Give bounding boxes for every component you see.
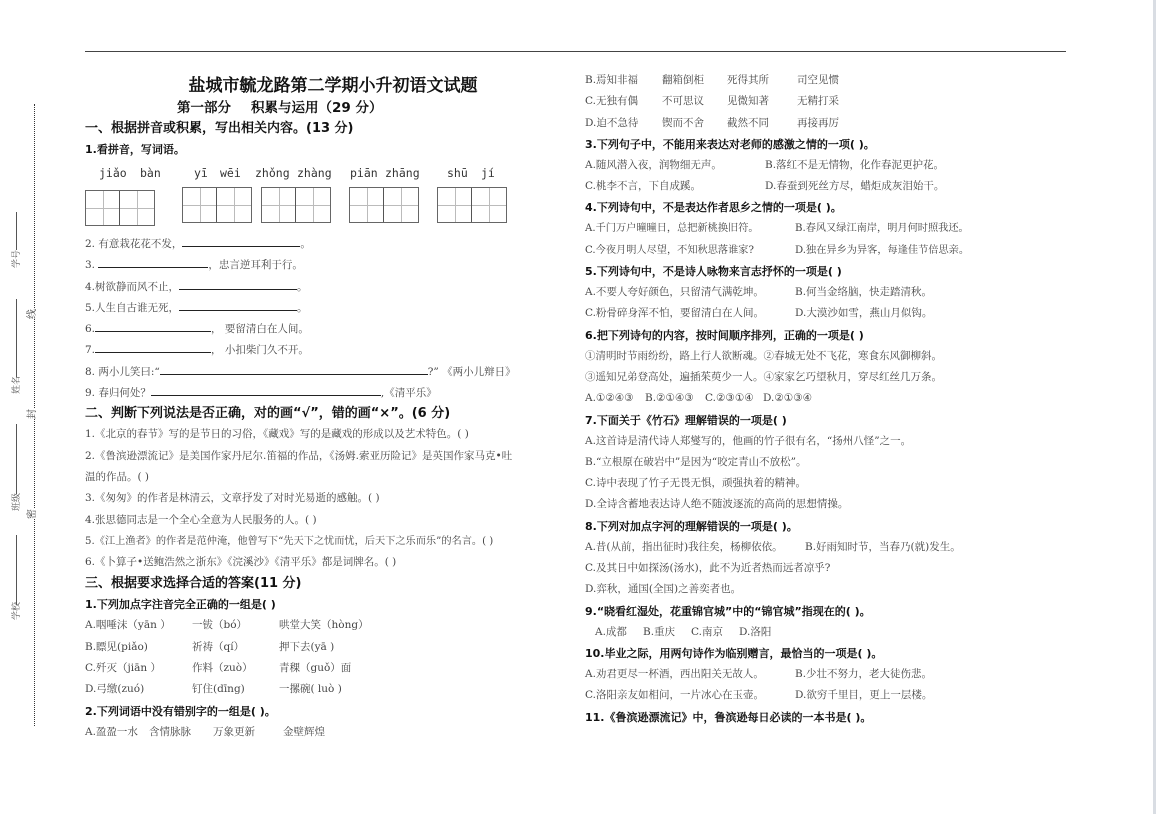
judge-item: 4.张思德同志是一个全心全意为人民服务的人。( ) [85, 510, 575, 531]
option: A.这首诗是清代诗人郑燮写的，他画的竹子很有名，“扬州八怪”之一。 [585, 431, 1005, 452]
s1-q1-label: 1.看拼音，写词语。 [85, 139, 575, 160]
class-line [16, 424, 17, 494]
pinyin: zhàng [297, 166, 332, 180]
judge-item: 3.《匆匆》的作者是林清云，文章抒发了对时光易逝的感触。( ) [85, 488, 575, 509]
pinyin: zhāng [385, 166, 420, 180]
option-row: B.瞟见(piǎo)祈祷（qí）押下去(yā ) [85, 637, 575, 658]
fill-line: 7.， 小扣柴门久不开。 [85, 339, 575, 360]
pinyin: piān [350, 166, 378, 180]
s3-q10-stem: 10.毕业之际，用两句诗作为临别赠言，最恰当的一项是( )。 [585, 643, 1005, 664]
fill-line: 5.人生自古谁无死，。 [85, 297, 575, 318]
answer-blank[interactable] [98, 254, 208, 268]
option-row: D.迫不急待锲而不舍截然不同再接再厉 [585, 113, 1005, 134]
part-heading: 第一部分积累与运用（29 分） [85, 98, 575, 118]
fill-in-list: 2. 有意栽花花不发，。 3. ，忠言逆耳利于行。 4.树欲静而风不止，。 5.… [85, 233, 575, 403]
judge-item: 1.《北京的春节》写的是节日的习俗，《藏戏》写的是藏戏的形成以及艺术特色。( ) [85, 424, 575, 445]
writing-grid[interactable] [437, 187, 507, 223]
seal-mark-line: 线 [27, 309, 39, 319]
right-column: B.焉知非福翻箱倒柜死得其所司空见惯 C.无独有偶不可思议见微知著无精打采 D.… [585, 70, 1005, 728]
name-label: 姓名 [12, 376, 22, 394]
section1-heading: 一、根据拼音或积累，写出相关内容。(13 分) [85, 118, 575, 139]
student-id-label: 学号 [12, 250, 22, 268]
option: B.“立根原在破岩中”是因为“咬定青山不放松”。 [585, 452, 1005, 473]
answer-blank[interactable] [95, 339, 211, 353]
writing-grid[interactable] [349, 187, 419, 223]
pinyin: shū [447, 166, 468, 180]
option-row: C.桃李不言，下自成蹊。D.春蚕到死丝方尽，蜡炬成灰泪始干。 [585, 176, 1005, 197]
pinyin: yī [194, 166, 208, 180]
judge-item: 温的作品。( ) [85, 467, 575, 488]
option-row: C.今夜月明人尽望，不知秋思落谁家?D.独在异乡为异客，每逢佳节倍思亲。 [585, 240, 1005, 261]
exam-title: 盐城市毓龙路第二学期小升初语文试题 [133, 74, 533, 98]
part-name: 积累与运用（29 分） [251, 100, 383, 116]
writing-grid[interactable] [85, 190, 155, 226]
writing-grid[interactable] [182, 187, 252, 223]
judge-item: 5.《江上渔者》的作者是范仲淹，他曾写下“先天下之忧而忧，后天下之乐而乐”的名言… [85, 531, 575, 552]
option-row: A.随风潜入夜，润物细无声。B.落红不是无情物，化作春泥更护花。 [585, 155, 1005, 176]
s3-q6-stem: 6.把下列诗句的内容，按时间顺序排列，正确的一项是( ) [585, 325, 1005, 346]
answer-blank[interactable] [179, 276, 297, 290]
section3-heading: 三、根据要求选择合适的答案(11 分) [85, 573, 575, 594]
seal-mark-feng: 封 [27, 409, 39, 419]
option: C.及其日中如探汤(汤水)，此不为近者热而远者凉乎? [585, 558, 1005, 579]
header-rule [85, 51, 1066, 52]
option-row: A.千门万户曈曈日，总把新桃换旧符。B.春风又绿江南岸，明月何时照我还。 [585, 218, 1005, 239]
pinyin: wēi [220, 166, 241, 180]
section2-heading: 二、判断下列说法是否正确，对的画“√”，错的画“×”。(6 分) [85, 403, 575, 424]
answer-blank[interactable] [160, 361, 428, 375]
option-row: C.歼灭（jiān ）作料（zuò）青稞（guǒ）面 [85, 658, 575, 679]
answer-blank[interactable] [179, 297, 297, 311]
option-row: A.盈盈一水含情脉脉万象更新金壁辉煌 [85, 722, 575, 743]
fill-line: 3. ，忠言逆耳利于行。 [85, 254, 575, 275]
answer-blank[interactable] [182, 233, 300, 247]
answer-blank[interactable] [151, 382, 381, 396]
s3-q1-stem: 1.下列加点字注音完全正确的一组是( ) [85, 594, 575, 615]
s3-q5-stem: 5.下列诗句中，不是诗人咏物来言志抒怀的一项是( ) [585, 261, 1005, 282]
part-label: 第一部分 [177, 100, 231, 116]
judge-item: 6.《卜算子•送鲍浩然之浙东》《浣溪沙》《清平乐》都是词牌名。( ) [85, 552, 575, 573]
pinyin-row: jiǎo bàn yī wēi zhǒng zhàng piān zhāng s… [85, 160, 575, 186]
class-label: 班级 [12, 493, 22, 511]
pinyin: bàn [140, 166, 161, 180]
option: D.弈秋，通国(全国)之善奕者也。 [585, 579, 1005, 600]
s3-q4-stem: 4.下列诗句中，不是表达作者思乡之情的一项是( )。 [585, 197, 1005, 218]
judge-item: 2.《鲁滨逊漂流记》是美国作家丹尼尔.笛福的作品，《汤姆.索亚历险记》是英国作家… [85, 446, 575, 467]
poem-line: ③遥知兄弟登高处，遍插茱萸少一人。④家家乞巧望秋月，穿尽红丝几万条。 [585, 367, 1005, 388]
fill-line: 8. 两小儿笑曰:“?” 《两小儿辩日》 [85, 361, 575, 382]
pinyin: zhǒng [255, 166, 290, 180]
student-id-line [16, 212, 17, 250]
name-line [16, 299, 17, 377]
option-row: C.粉骨碎身浑不怕，要留清白在人间。D.大漠沙如雪，燕山月似钩。 [585, 303, 1005, 324]
option-row: A.咽唾沫（yān ）一钹（bó）哄堂大笑（hòng） [85, 615, 575, 636]
s3-q7-stem: 7.下面关于《竹石》理解错误的一项是( ) [585, 410, 1005, 431]
fill-line: 4.树欲静而风不止，。 [85, 276, 575, 297]
option-row: D.弓缴(zuó)钉住(dīng)一摞碗( luò ) [85, 679, 575, 700]
pinyin: jiǎo [99, 166, 127, 180]
tianzige-row [85, 186, 575, 228]
s3-q8-stem: 8.下列对加点字河的理解错误的一项是( )。 [585, 516, 1005, 537]
fill-line: 2. 有意栽花花不发，。 [85, 233, 575, 254]
option-row: B.焉知非福翻箱倒柜死得其所司空见惯 [585, 70, 1005, 91]
answer-blank[interactable] [95, 318, 211, 332]
poem-line: ①清明时节雨纷纷，路上行人欲断魂。②春城无处不飞花，寒食东风御柳斜。 [585, 346, 1005, 367]
s3-q9-stem: 9.“晓看红湿处，花重锦官城”中的“锦官城”指现在的( )。 [585, 601, 1005, 622]
school-label: 学校 [12, 602, 22, 620]
option-row: A.劝君更尽一杯酒，西出阳关无故人。B.少壮不努力，老大徒伤悲。 [585, 664, 1005, 685]
option-row: A.成都B.重庆C.南京D.洛阳 [585, 622, 1005, 643]
fill-line: 9. 春归何处？,《清平乐》 [85, 382, 575, 403]
school-line [16, 535, 17, 605]
s3-q2-stem: 2.下列词语中没有错别字的一组是( )。 [85, 701, 575, 722]
s3-q3-stem: 3.下列句子中，不能用来表达对老师的感激之情的一项( )。 [585, 134, 1005, 155]
option-row: C.无独有偶不可思议见微知著无精打采 [585, 91, 1005, 112]
left-column: 盐城市毓龙路第二学期小升初语文试题 第一部分积累与运用（29 分） 一、根据拼音… [85, 70, 575, 743]
option-row: A.昔(从前，指出征时)我往矣，杨柳依依。B.好雨知时节，当春乃(就)发生。 [585, 537, 1005, 558]
s3-q11-stem: 11.《鲁滨逊漂流记》中，鲁滨逊每日必读的一本书是( )。 [585, 707, 1005, 728]
seal-mark-mi: 密 [27, 509, 39, 519]
fill-line: 6.， 要留清白在人间。 [85, 318, 575, 339]
option-row: A.不要人夸好颜色，只留清气满乾坤。B.何当金络脑，快走踏清秋。 [585, 282, 1005, 303]
option-row: A.①②④③B.②①④③C.②③①④D.②①③④ [585, 388, 1005, 409]
option-row: C.洛阳亲友如相问，一片冰心在玉壶。D.欲穷千里目，更上一层楼。 [585, 685, 1005, 706]
pinyin: jí [481, 166, 495, 180]
option: D.全诗含蓄地表达诗人绝不随波逐流的高尚的思想情操。 [585, 494, 1005, 515]
option: C.诗中表现了竹子无畏无惧，顽强执着的精神。 [585, 473, 1005, 494]
writing-grid[interactable] [261, 187, 331, 223]
